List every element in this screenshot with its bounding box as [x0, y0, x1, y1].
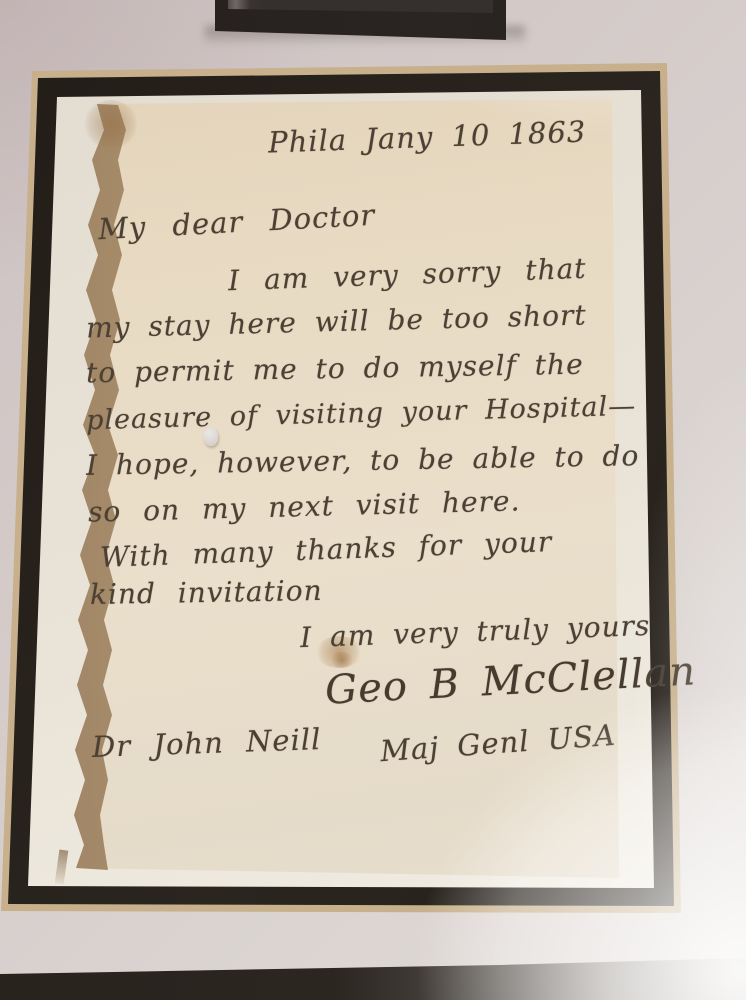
paper-stain-top-left — [84, 100, 138, 148]
letter-body-line: kind invitation — [90, 574, 323, 611]
framed-letter-photo: Phila Jany 10 1863 My dear Doctor I am v… — [0, 0, 746, 1000]
